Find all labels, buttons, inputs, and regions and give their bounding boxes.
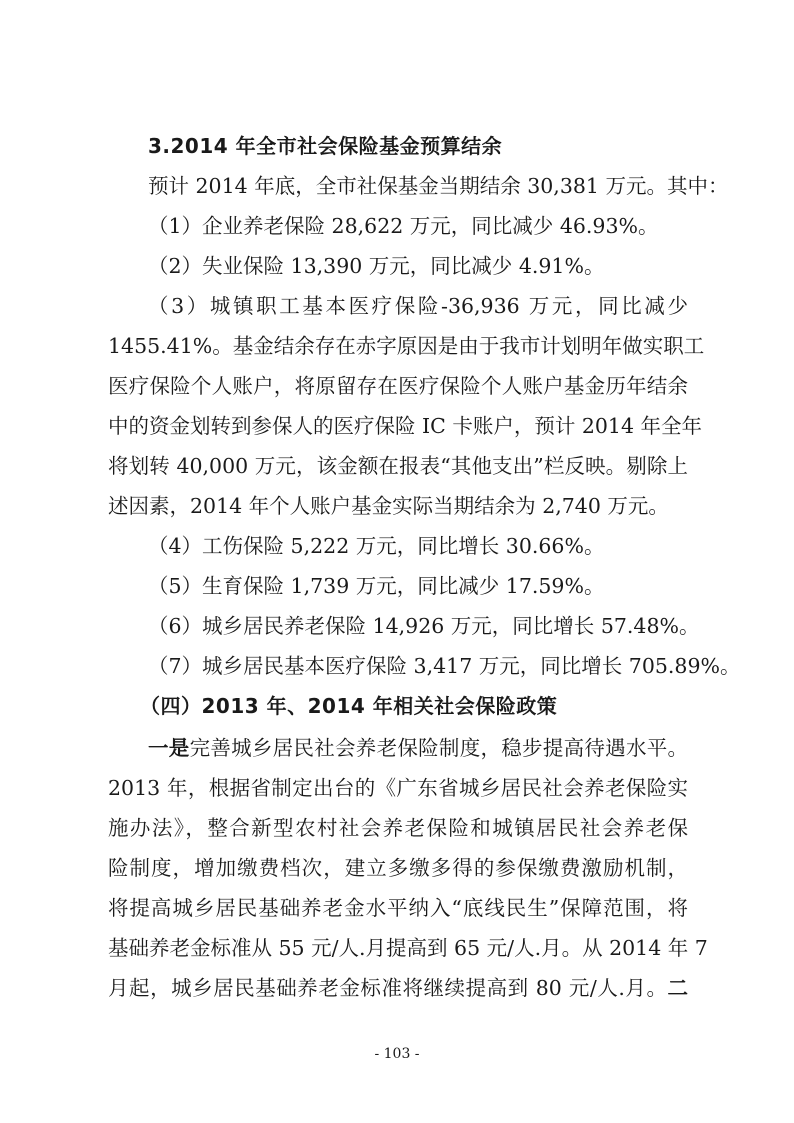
policy-line-3: 施办法》，整合新型农村社会养老保险和城镇居民社会养老保: [108, 813, 688, 843]
policy-line-7: 月起，城乡居民基础养老金标准将继续提高到 80 元/人.月。二: [108, 973, 688, 1003]
item-5: （5）生育保险 1,739 万元，同比减少 17.59%。: [148, 571, 688, 601]
document-page: 3.2014 年全市社会保险基金预算结余 预计 2014 年底，全市社保基金当期…: [0, 0, 794, 1123]
policy-line-5: 将提高城乡居民基础养老金水平纳入“底线民生”保障范围，将: [108, 893, 688, 923]
item-3-line-3: 医疗保险个人账户，将原留存在医疗保险个人账户基金历年结余: [108, 371, 688, 401]
page-number: - 103 -: [0, 1045, 794, 1063]
policy-line-7-text: 月起，城乡居民基础养老金标准将继续提高到 80 元/人.月。: [108, 976, 668, 1000]
policy-line-6: 基础养老金标准从 55 元/人.月提高到 65 元/人.月。从 2014 年 7: [108, 933, 688, 963]
item-3-line-5: 将划转 40,000 万元，该金额在报表“其他支出”栏反映。剔除上: [108, 451, 688, 481]
summary-paragraph: 预计 2014 年底，全市社保基金当期结余 30,381 万元。其中：: [148, 171, 688, 201]
section-heading: 3.2014 年全市社会保险基金预算结余: [148, 131, 502, 161]
item-3-line-6: 述因素，2014 年个人账户基金实际当期结余为 2,740 万元。: [108, 491, 688, 521]
policy-heading: （四）2013 年、2014 年相关社会保险政策: [140, 691, 557, 721]
item-1: （1）企业养老保险 28,622 万元，同比减少 46.93%。: [148, 211, 688, 241]
policy-line-4: 险制度，增加缴费档次，建立多缴多得的参保缴费激励机制，: [108, 853, 688, 883]
item-7: （7）城乡居民基本医疗保险 3,417 万元，同比增长 705.89%。: [148, 651, 688, 681]
item-4: （4）工伤保险 5,222 万元，同比增长 30.66%。: [148, 531, 688, 561]
policy-line-1: 一是完善城乡居民社会养老保险制度，稳步提高待遇水平。: [148, 733, 688, 763]
item-3-line-1: （3）城镇职工基本医疗保险-36,936 万元，同比减少: [148, 291, 688, 321]
item-6: （6）城乡居民养老保险 14,926 万元，同比增长 57.48%。: [148, 611, 688, 641]
policy-lead: 一是: [148, 736, 190, 760]
item-2: （2）失业保险 13,390 万元，同比减少 4.91%。: [148, 251, 688, 281]
item-3-line-4: 中的资金划转到参保人的医疗保险 IC 卡账户，预计 2014 年全年: [108, 411, 688, 441]
item-3-line-2: 1455.41%。基金结余存在赤字原因是由于我市计划明年做实职工: [108, 331, 688, 361]
policy-next-lead: 二: [668, 976, 689, 1000]
policy-first-line-text: 完善城乡居民社会养老保险制度，稳步提高待遇水平。: [190, 736, 688, 760]
policy-line-2: 2013 年，根据省制定出台的《广东省城乡居民社会养老保险实: [108, 773, 688, 803]
